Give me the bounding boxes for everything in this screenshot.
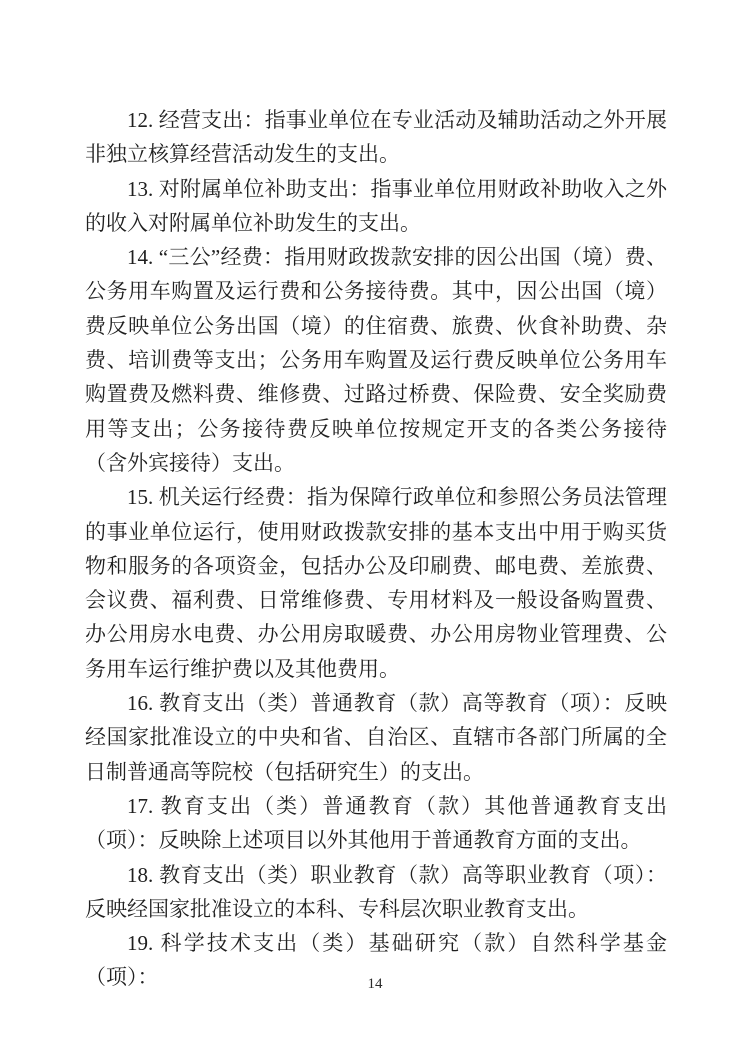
paragraph-13: 13. 对附属单位补助支出：指事业单位用财政补助收入之外的收入对附属单位补助发生… — [85, 172, 667, 241]
paragraph-14: 14. “三公”经费：指用财政拨款安排的因公出国（境）费、公务用车购置及运行费和… — [85, 240, 667, 480]
page-number: 14 — [0, 976, 750, 993]
paragraph-16: 16. 教育支出（类）普通教育（款）高等教育（项）：反映经国家批准设立的中央和省… — [85, 686, 667, 789]
paragraph-12: 12. 经营支出：指事业单位在专业活动及辅助活动之外开展非独立核算经营活动发生的… — [85, 103, 667, 172]
paragraph-17: 17. 教育支出（类）普通教育（款）其他普通教育支出（项）：反映除上述项目以外其… — [85, 789, 667, 858]
paragraph-15: 15. 机关运行经费：指为保障行政单位和参照公务员法管理的事业单位运行，使用财政… — [85, 480, 667, 686]
document-body: 12. 经营支出：指事业单位在专业活动及辅助活动之外开展非独立核算经营活动发生的… — [85, 103, 667, 995]
paragraph-18: 18. 教育支出（类）职业教育（款）高等职业教育（项）：反映经国家批准设立的本科… — [85, 858, 667, 927]
document-page: 12. 经营支出：指事业单位在专业活动及辅助活动之外开展非独立核算经营活动发生的… — [0, 0, 750, 1061]
